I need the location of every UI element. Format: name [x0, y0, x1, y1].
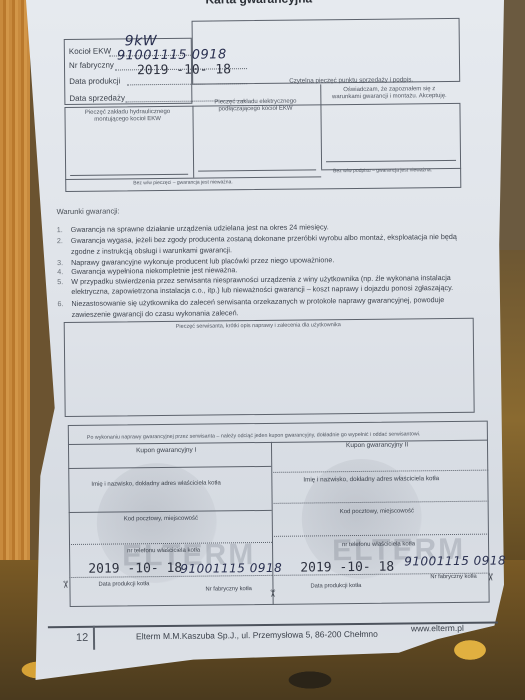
scissors-icon-left: ✂: [59, 580, 70, 589]
coupon-2-serial-label: Nr fabryczny kotła: [430, 574, 476, 580]
condition-item-4: 4.Gwarancja wypełniona niekompletnie jes…: [57, 265, 237, 276]
serial-value: 91001115 0918: [117, 47, 227, 63]
scissors-icon-right: ✂: [484, 573, 495, 582]
acceptance-statement: Oświadczam, że zapoznałem się z warunkam…: [329, 86, 449, 101]
page-number: 12: [76, 632, 88, 644]
seller-stamp-caption: Czytelna pieczęć punktu sprzedaży i podp…: [289, 76, 413, 84]
production-date-value: 2019 -10- 18: [137, 62, 231, 78]
coupon-1-serial-label: Nr fabryczny kotła: [205, 586, 251, 592]
production-date-label: Data produkcji: [69, 76, 120, 86]
warranty-card: Karta gwarancyjna Kocioł EKW 9kW Nr fabr…: [0, 0, 525, 700]
coupon-2-serial: 91001115 0918: [404, 553, 506, 568]
coupon-2-title: Kupon gwarancyjny II: [346, 441, 408, 449]
seller-stamp-box: [192, 18, 461, 85]
coupon-2-date-label: Data produkcji kotła: [310, 583, 361, 590]
scissors-icon-mid: ✂: [266, 589, 277, 598]
condition-item-1: 1.Gwarancja na sprawne działanie urządze…: [57, 222, 329, 234]
electric-stamp-caption: Pieczęć zakładu elektrycznego podłączają…: [205, 99, 305, 114]
stamp-note-right: Bez w/w podpisu – gwarancja jest nieważn…: [333, 167, 432, 174]
boiler-label: Kocioł EKW: [69, 47, 111, 56]
document-title: Karta gwarancyjna: [0, 0, 521, 9]
serial-label: Nr fabryczny: [69, 61, 114, 70]
sale-date-label: Data sprzedaży: [69, 93, 125, 103]
condition-item-2: 2.Gwarancja wygasa, jeżeli bez zgody pro…: [57, 232, 457, 245]
coupon-1-postal-label: Kod pocztowy, miejscowość: [124, 516, 198, 523]
coupon-2-postal-label: Kod pocztowy, miejscowość: [340, 508, 414, 515]
stamp-note-left: Bez w/w pieczęci – gwarancja jest nieważ…: [133, 179, 233, 186]
coupon-1-phone-label: nr telefonu właściciela kotła: [127, 548, 200, 555]
coupon-1-serial: 91001115 0918: [180, 561, 282, 576]
coupon-1-production-date: 2019 -10- 18: [88, 561, 182, 577]
coupon-2-owner-label: Imię i nazwisko, dokładny adres właścici…: [303, 475, 439, 483]
company-address: Elterm M.M.Kaszuba Sp.J., ul. Przemysłow…: [136, 629, 378, 642]
coupon-2-phone-label: nr telefonu właściciela kotła: [342, 541, 415, 548]
website-link: www.elterm.pl: [411, 623, 464, 634]
conditions-heading: Warunki gwarancji:: [56, 206, 119, 216]
service-notes-box: [64, 318, 475, 417]
coupon-1-title: Kupon gwarancyjny I: [136, 447, 196, 455]
coupon-1-date-label: Data produkcji kotła: [98, 581, 149, 588]
hydraulic-stamp-caption: Pieczęć zakładu hydraulicznego montujące…: [77, 109, 177, 124]
condition-item-6: 6.Niezastosowanie się użytkownika do zal…: [57, 295, 444, 308]
boiler-power-value: 9kW: [125, 33, 158, 49]
